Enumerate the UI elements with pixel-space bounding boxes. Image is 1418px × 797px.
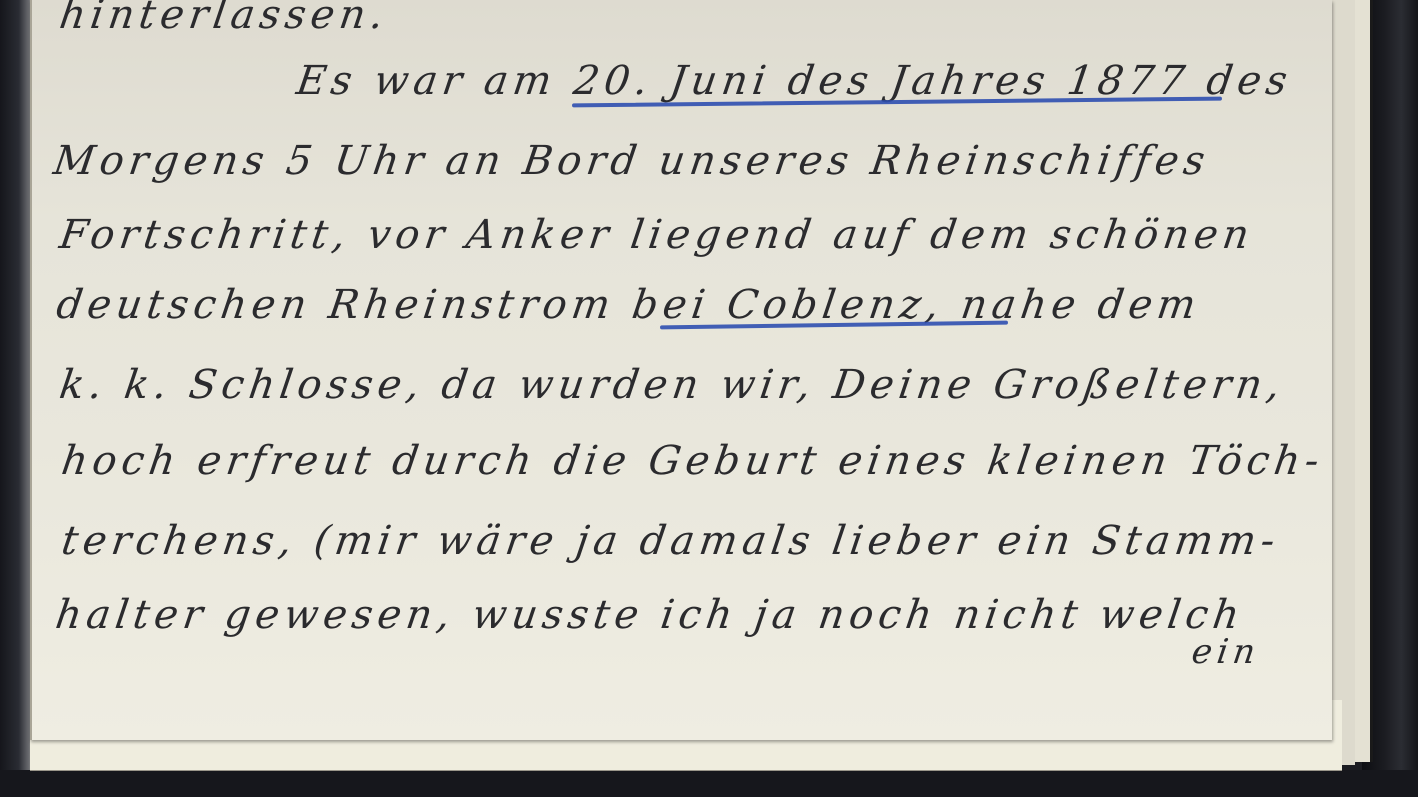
text-line-8: terchens, (mir wäre ja damals lieber ein… [59,518,1283,564]
album-cover-bottom [0,770,1418,797]
album-binding-left [0,0,34,797]
text-line-4: Fortschritt, vor Anker liegend auf dem s… [57,212,1257,258]
text-line-7: hoch erfreut durch die Geburt eines klei… [59,438,1327,484]
text-line-3: Morgens 5 Uhr an Bord unseres Rheinschif… [51,138,1213,184]
text-line-5: deutschen Rheinstrom bei Coblenz, nahe d… [54,282,1204,328]
letter-page: hinterlassen. Es war am 20. Juni des Jah… [30,0,1332,740]
text-line-6: k. k. Schlosse, da wurden wir, Deine Gro… [57,362,1288,408]
text-line-1: hinterlassen. [57,0,391,38]
text-line-9: halter gewesen, wusste ich ja noch nicht… [53,592,1247,638]
text-line-10: ein [1189,632,1263,672]
